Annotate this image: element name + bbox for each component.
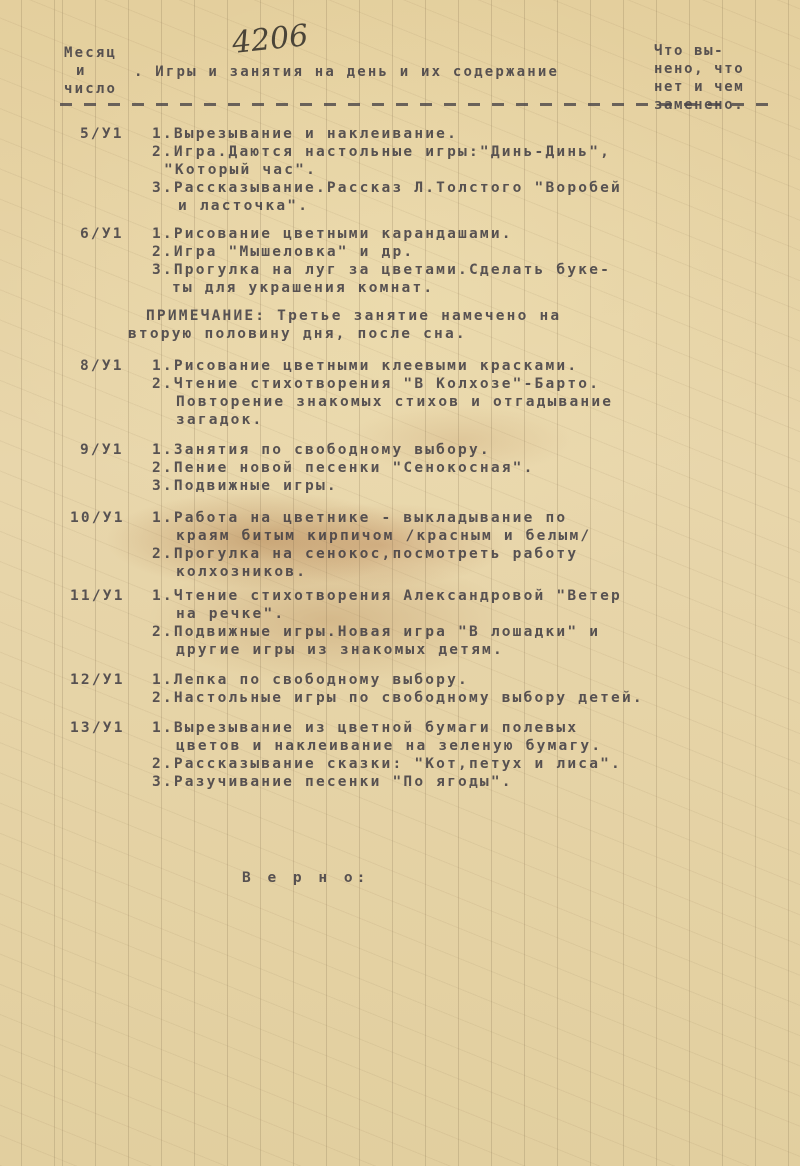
entry-activity-line: и ласточка". bbox=[178, 198, 309, 214]
entry-activity-line: 1.Работа на цветнике - выкладывание по bbox=[152, 510, 567, 526]
header-date-line-3: число bbox=[64, 81, 117, 97]
entry-activity-line: 3.Разучивание песенки "По ягоды". bbox=[152, 774, 513, 790]
entry-date: 11/У1 bbox=[70, 588, 125, 604]
archive-number: 4206 bbox=[230, 18, 310, 61]
note-line: ПРИМЕЧАНИЕ: Третье занятие намечено на bbox=[146, 308, 561, 324]
entry-activity-line: "Который час". bbox=[164, 162, 317, 178]
entry-activity-line: 2.Чтение стихотворения "В Колхозе"-Барто… bbox=[152, 376, 600, 392]
header-main-title: . Игры и занятия на день и их содержание bbox=[134, 64, 559, 80]
entry-activity-line: краям битым кирпичом /красным и белым/ bbox=[176, 528, 591, 544]
entry-activity-line: 2.Прогулка на сенокос,посмотреть работу bbox=[152, 546, 578, 562]
header-dashed-divider bbox=[60, 103, 780, 106]
entry-activity-line: 1.Занятия по свободному выбору. bbox=[152, 442, 491, 458]
entry-activity-line: 3.Прогулка на луг за цветами.Сделать бук… bbox=[152, 262, 611, 278]
entry-activity-line: 1.Чтение стихотворения Александровой "Ве… bbox=[152, 588, 622, 604]
entry-activity-line: 1.Вырезывание из цветной бумаги полевых bbox=[152, 720, 578, 736]
header-notes-line-3: нет и чем bbox=[654, 79, 744, 95]
entry-activity-line: 2.Игра.Даются настольные игры:"Динь-Динь… bbox=[152, 144, 611, 160]
header-notes-line-1: Что вы- bbox=[654, 43, 724, 59]
entry-activity-line: 2.Подвижные игры.Новая игра "В лошадки" … bbox=[152, 624, 600, 640]
note-line: вторую половину дня, после сна. bbox=[128, 326, 467, 342]
entry-activity-line: цветов и наклеивание на зеленую бумагу. bbox=[176, 738, 602, 754]
header-notes-line-2: нено, что bbox=[654, 61, 744, 77]
entry-date: 8/У1 bbox=[80, 358, 124, 374]
entry-activity-line: на речке". bbox=[176, 606, 285, 622]
entry-activity-line: 2.Настольные игры по свободному выбору д… bbox=[152, 690, 644, 706]
signature-label: В е р н о: bbox=[242, 870, 369, 886]
entry-date: 12/У1 bbox=[70, 672, 125, 688]
entry-activity-line: 3.Рассказывание.Рассказ Л.Толстого "Воро… bbox=[152, 180, 622, 196]
header-date-line-1: Месяц bbox=[64, 45, 117, 61]
entry-date: 10/У1 bbox=[70, 510, 125, 526]
entry-activity-line: 2.Рассказывание сказки: "Кот,петух и лис… bbox=[152, 756, 622, 772]
entry-activity-line: ты для украшения комнат. bbox=[172, 280, 434, 296]
entry-activity-line: Повторение знакомых стихов и отгадывание bbox=[176, 394, 613, 410]
entry-date: 5/У1 bbox=[80, 126, 124, 142]
header-date-line-2: и bbox=[76, 63, 87, 79]
header-main-title-text: Игры и занятия на день и их содержание bbox=[155, 64, 559, 80]
typewritten-document: 4206 Месяц и число . Игры и занятия на д… bbox=[0, 0, 800, 1166]
entry-activity-line: 3.Подвижные игры. bbox=[152, 478, 338, 494]
entry-activity-line: загадок. bbox=[176, 412, 263, 428]
entry-activity-line: 2.Игра "Мышеловка" и др. bbox=[152, 244, 414, 260]
entry-date: 9/У1 bbox=[80, 442, 124, 458]
entry-date: 6/У1 bbox=[80, 226, 124, 242]
entry-activity-line: 1.Рисование цветными клеевыми красками. bbox=[152, 358, 578, 374]
entry-activity-line: другие игры из знакомых детям. bbox=[176, 642, 504, 658]
entry-activity-line: 1.Вырезывание и наклеивание. bbox=[152, 126, 458, 142]
entry-activity-line: колхозников. bbox=[176, 564, 307, 580]
entry-activity-line: 2.Пение новой песенки "Сенокосная". bbox=[152, 460, 535, 476]
entry-activity-line: 1.Лепка по свободному выбору. bbox=[152, 672, 469, 688]
entry-activity-line: 1.Рисование цветными карандашами. bbox=[152, 226, 513, 242]
entry-date: 13/У1 bbox=[70, 720, 125, 736]
